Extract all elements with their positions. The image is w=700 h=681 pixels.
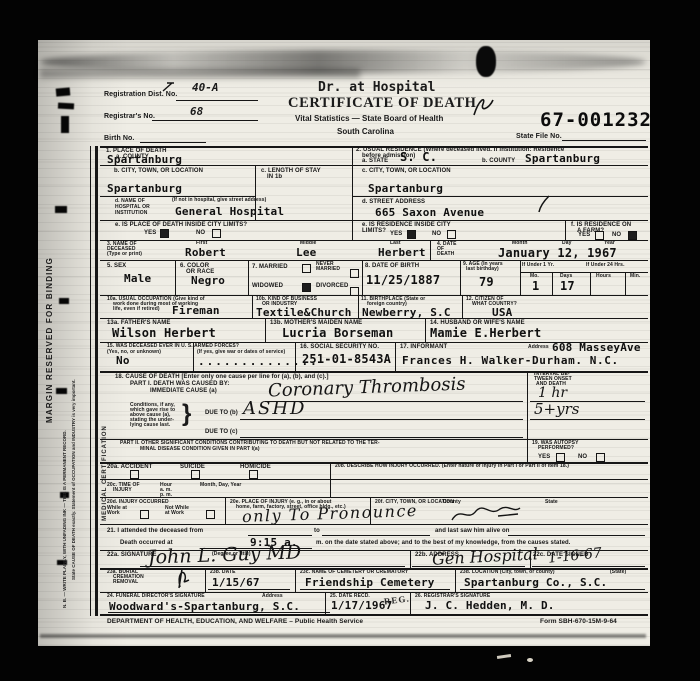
rule xyxy=(552,272,553,295)
rule xyxy=(565,220,566,240)
while-at-work-label2: Work xyxy=(107,511,120,516)
res-limits-yes-box xyxy=(407,230,416,239)
married-box xyxy=(302,264,311,273)
location-label: 23d. LOCATION (City, town, or county) xyxy=(460,570,555,575)
rule xyxy=(352,196,648,197)
dod-label3: DEATH xyxy=(437,252,454,257)
due-to-b-value: ASHD xyxy=(243,399,306,418)
state-name: South Carolina xyxy=(337,128,394,137)
margin-binding-text: MARGIN RESERVED FOR BINDING xyxy=(46,206,55,474)
rule xyxy=(208,589,290,590)
rule xyxy=(462,295,463,318)
res-limits-no-box xyxy=(447,230,456,239)
ssn-label: 16. SOCIAL SECURITY NO. xyxy=(300,344,379,350)
under-24hr-label: If Under 24 Hrs. xyxy=(586,263,625,268)
registrar-no-value: 68 xyxy=(190,106,203,118)
rule xyxy=(460,589,645,590)
rule xyxy=(425,318,426,342)
rule xyxy=(358,295,359,318)
ink-blob xyxy=(476,46,496,77)
age-months-value: 1 xyxy=(532,280,539,293)
rule xyxy=(100,260,648,261)
rule xyxy=(520,272,648,273)
autopsy-yes-box xyxy=(556,453,565,462)
married-label: 7. MARRIED xyxy=(252,264,288,270)
funeral-director-address-label: Address xyxy=(262,594,283,599)
rule xyxy=(100,497,648,498)
rule xyxy=(460,260,461,295)
conditions-note5: lying cause last. xyxy=(130,423,170,428)
dob-value: 11/25/1887 xyxy=(366,274,440,287)
microfilm-scan: MARGIN RESERVED FOR BINDING N. B. — WRIT… xyxy=(0,0,700,681)
time-of-injury-label2: INJURY xyxy=(113,488,132,493)
city-value: Spartanburg xyxy=(107,183,182,195)
pen-squiggle xyxy=(470,92,496,120)
rule xyxy=(225,497,226,524)
farm-no-box xyxy=(628,231,637,240)
rule xyxy=(530,419,645,420)
res-limits-label2: LIMITS? xyxy=(362,228,386,234)
farm-no: NO xyxy=(612,232,621,238)
city-label: b. CITY, TOWN, OR LOCATION xyxy=(114,168,203,174)
last-name: Herbert xyxy=(378,247,426,259)
widowed-label: WIDOWED xyxy=(252,283,283,289)
birth-no-label: Birth No. xyxy=(104,135,134,143)
farm-yes: YES xyxy=(578,232,590,238)
residence-state-value: S. C. xyxy=(400,151,437,164)
part2-label2: MINAL DISEASE CONDITION GIVEN IN PART I(… xyxy=(140,447,260,452)
rule xyxy=(352,146,353,240)
pm-label: p. m. xyxy=(160,493,172,498)
hospital-label3: INSTITUTION xyxy=(115,211,148,216)
informant-label: 17. INFORMANT xyxy=(400,344,447,350)
location-value: Spartanburg Co., S.C. xyxy=(464,577,607,589)
state-file-line xyxy=(562,140,646,141)
street-address-value: 665 Saxon Avenue xyxy=(375,207,484,219)
suicide-box xyxy=(191,470,200,479)
rule xyxy=(265,318,266,342)
hours-label: Hours xyxy=(596,274,611,279)
farm-yes-box xyxy=(595,231,604,240)
cemetery-label: 23c. NAME OF CEMETERY OR CREMATORY xyxy=(300,570,408,575)
attended-pre-label: 21. I attended the deceased from xyxy=(107,528,203,534)
autopsy-label2: PERFORMED? xyxy=(538,446,574,451)
page-title: CERTIFICATE OF DEATH xyxy=(288,96,476,112)
sex-value: Male xyxy=(124,273,151,285)
registrar-no-label: Registrar's No. xyxy=(104,113,155,121)
pen-slash xyxy=(536,194,552,214)
rule xyxy=(395,342,396,371)
residence-city-label: c. CITY, TOWN, OR LOCATION xyxy=(362,168,451,174)
registrar-signature-value: J. C. Hedden, M. D. xyxy=(425,600,555,612)
due-to-b-label: DUE TO (b) xyxy=(205,410,238,416)
armed-forces-value: No xyxy=(116,355,130,367)
interval-a-value: 1 hr xyxy=(538,386,567,401)
pen-tick xyxy=(162,80,178,93)
race-value: Negro xyxy=(191,275,225,287)
first-name: Robert xyxy=(185,247,226,259)
res-limits-no: NO xyxy=(432,231,441,237)
spouse-value: Mamie E.Herbert xyxy=(430,327,541,340)
rule xyxy=(252,295,253,318)
informant-address-value: 608 MasseyAve xyxy=(552,342,641,354)
business-value: Textile&Church xyxy=(256,307,352,319)
pod-limits-yes-box xyxy=(160,229,169,238)
cause-part1-label: PART I. DEATH WAS CAUSED BY: xyxy=(130,381,229,387)
autopsy-no-box xyxy=(596,453,605,462)
age-label2: last birthday) xyxy=(466,267,499,272)
occupation-value: Fireman xyxy=(172,305,220,317)
rule xyxy=(300,589,450,590)
armed-forces-dots: .............. xyxy=(198,356,319,368)
rule xyxy=(295,568,296,592)
hospital-value: General Hospital xyxy=(175,206,284,218)
rule xyxy=(175,260,176,295)
never-married-label2: MARRIED xyxy=(316,267,340,272)
street-address-label: d. STREET ADDRESS xyxy=(362,199,425,205)
rule xyxy=(362,260,363,295)
attended-post-label: and last saw him alive on xyxy=(435,528,510,534)
doc-note: Dr. at Hospital xyxy=(318,81,435,95)
rule xyxy=(100,524,648,525)
rule xyxy=(430,240,431,260)
subtitle: Vital Statistics — State Board of Health xyxy=(295,115,443,124)
widowed-box xyxy=(302,283,311,292)
cemetery-value: Friendship Cemetery xyxy=(305,577,435,589)
rule xyxy=(590,272,591,295)
occupation-label3: life, even if retired) xyxy=(113,307,160,312)
informant-address-label: Address xyxy=(528,345,549,350)
birthplace-value: Newberry, S.C xyxy=(362,307,451,319)
mother-value: Lucria Borseman xyxy=(282,327,393,340)
rule xyxy=(455,568,456,592)
margin-note-2: State CAUSE OF DEATH exactly. Statement … xyxy=(72,125,77,580)
attended-to-label: to xyxy=(314,528,320,534)
rule xyxy=(410,550,411,568)
under-1yr-label: If Under 1 Yr. xyxy=(522,263,554,268)
never-married-box xyxy=(350,269,359,278)
autopsy-no: NO xyxy=(578,454,587,460)
burial-label3: REMOVAL xyxy=(113,580,138,585)
pod-limits-no: NO xyxy=(196,230,205,236)
length-of-stay-label2: IN 1b xyxy=(267,174,282,180)
rule xyxy=(100,479,648,480)
homicide-box xyxy=(249,470,258,479)
rule xyxy=(625,272,626,295)
scan-smudge-bottom xyxy=(40,634,646,638)
age-value: 79 xyxy=(479,276,494,289)
accident-box xyxy=(130,470,139,479)
mdy-label: Month, Day, Year xyxy=(200,483,241,488)
while-at-work-box xyxy=(140,510,149,519)
footer-form-number: Form SBH-670-15M-9-64 xyxy=(540,618,617,625)
burial-date-label: 23b. DATE xyxy=(210,570,236,575)
father-value: Wilson Herbert xyxy=(112,327,216,340)
form-left-border xyxy=(95,146,98,616)
age-days-value: 17 xyxy=(560,280,575,293)
res-limits-yes: YES xyxy=(390,231,402,237)
burial-pen-mark xyxy=(172,567,194,590)
rule xyxy=(205,568,206,592)
margin-note-1: N. B. — WRITE PLAINLY, WITH UNFADING INK… xyxy=(63,96,68,608)
describe-injury-label: 20b. DESCRIBE HOW INJURY OCCURRED. (Ente… xyxy=(335,464,569,469)
pod-limits-no-box xyxy=(212,229,221,238)
rule xyxy=(248,260,249,295)
rule xyxy=(322,535,430,536)
rule xyxy=(325,592,326,614)
autopsy-yes: YES xyxy=(538,454,550,460)
interval-b-value: 5+yrs xyxy=(534,401,579,417)
funeral-director-label: 24. FUNERAL DIRECTOR'S SIGNATURE xyxy=(107,594,205,599)
location-state-label: (State) xyxy=(610,570,626,575)
due-to-c-label: DUE TO (c) xyxy=(205,429,238,435)
pod-limits-yes: YES xyxy=(144,230,156,236)
state-file-label: State File No. xyxy=(516,133,562,141)
birth-no-line xyxy=(140,142,206,143)
pen-scribble xyxy=(450,502,522,526)
registrar-no-line xyxy=(152,120,258,121)
film-speck xyxy=(527,658,533,662)
name-label3: (Type or print) xyxy=(107,252,142,257)
footer-department: DEPARTMENT OF HEALTH, EDUCATION, AND WEL… xyxy=(107,618,363,625)
middle-name: Lee xyxy=(296,247,316,259)
not-while-box xyxy=(206,510,215,519)
divorced-label: DIVORCED xyxy=(316,283,348,289)
pod-limits-label: e. IS PLACE OF DEATH INSIDE CITY LIMITS? xyxy=(115,222,247,228)
funeral-director-value: Woodward's-Spartanburg, S.C. xyxy=(109,601,300,613)
dob-label: 8. DATE OF BIRTH xyxy=(365,263,419,269)
residence-county-value: Spartanburg xyxy=(525,153,600,165)
hospital-note: (If not in hospital, give street address… xyxy=(172,198,266,203)
ssn-value: 251-01-8543A xyxy=(302,353,391,366)
county-value: Spartanburg xyxy=(107,154,182,166)
injury-state-label: State xyxy=(545,500,558,505)
informant-value: Frances H. Walker-Durham. N.C. xyxy=(402,355,619,367)
scan-smudge-top2 xyxy=(40,69,360,78)
rule xyxy=(100,614,648,616)
rule xyxy=(240,419,523,420)
registration-dist-value: 40-A xyxy=(192,82,219,94)
registration-dist-line xyxy=(176,100,258,101)
medical-certification-label: MEDICAL CERTIFICATION xyxy=(102,384,108,562)
conditions-brace: } xyxy=(182,401,191,427)
state-file-number: 67-001232 xyxy=(540,110,652,131)
immediate-cause-label: IMMEDIATE CAUSE (a) xyxy=(150,388,217,394)
sex-label: 5. SEX xyxy=(107,263,126,269)
rule xyxy=(330,462,331,497)
residence-state-label: a. STATE xyxy=(362,158,388,164)
dod-value: January 12, 1967 xyxy=(498,247,617,260)
burial-date-value: 1/15/67 xyxy=(212,577,260,589)
divorced-box xyxy=(350,287,359,296)
rule xyxy=(508,535,645,536)
rule xyxy=(100,165,648,166)
film-speck xyxy=(497,654,511,659)
rule xyxy=(527,371,528,462)
rule xyxy=(240,437,523,438)
residence-city-value: Spartanburg xyxy=(368,183,443,195)
residence-county-label: b. COUNTY xyxy=(482,158,515,164)
form-left-border-outer xyxy=(90,146,91,616)
not-while-label2: at Work xyxy=(165,511,184,516)
min-label: Min. xyxy=(630,274,640,279)
citizen-value: USA xyxy=(492,307,512,319)
